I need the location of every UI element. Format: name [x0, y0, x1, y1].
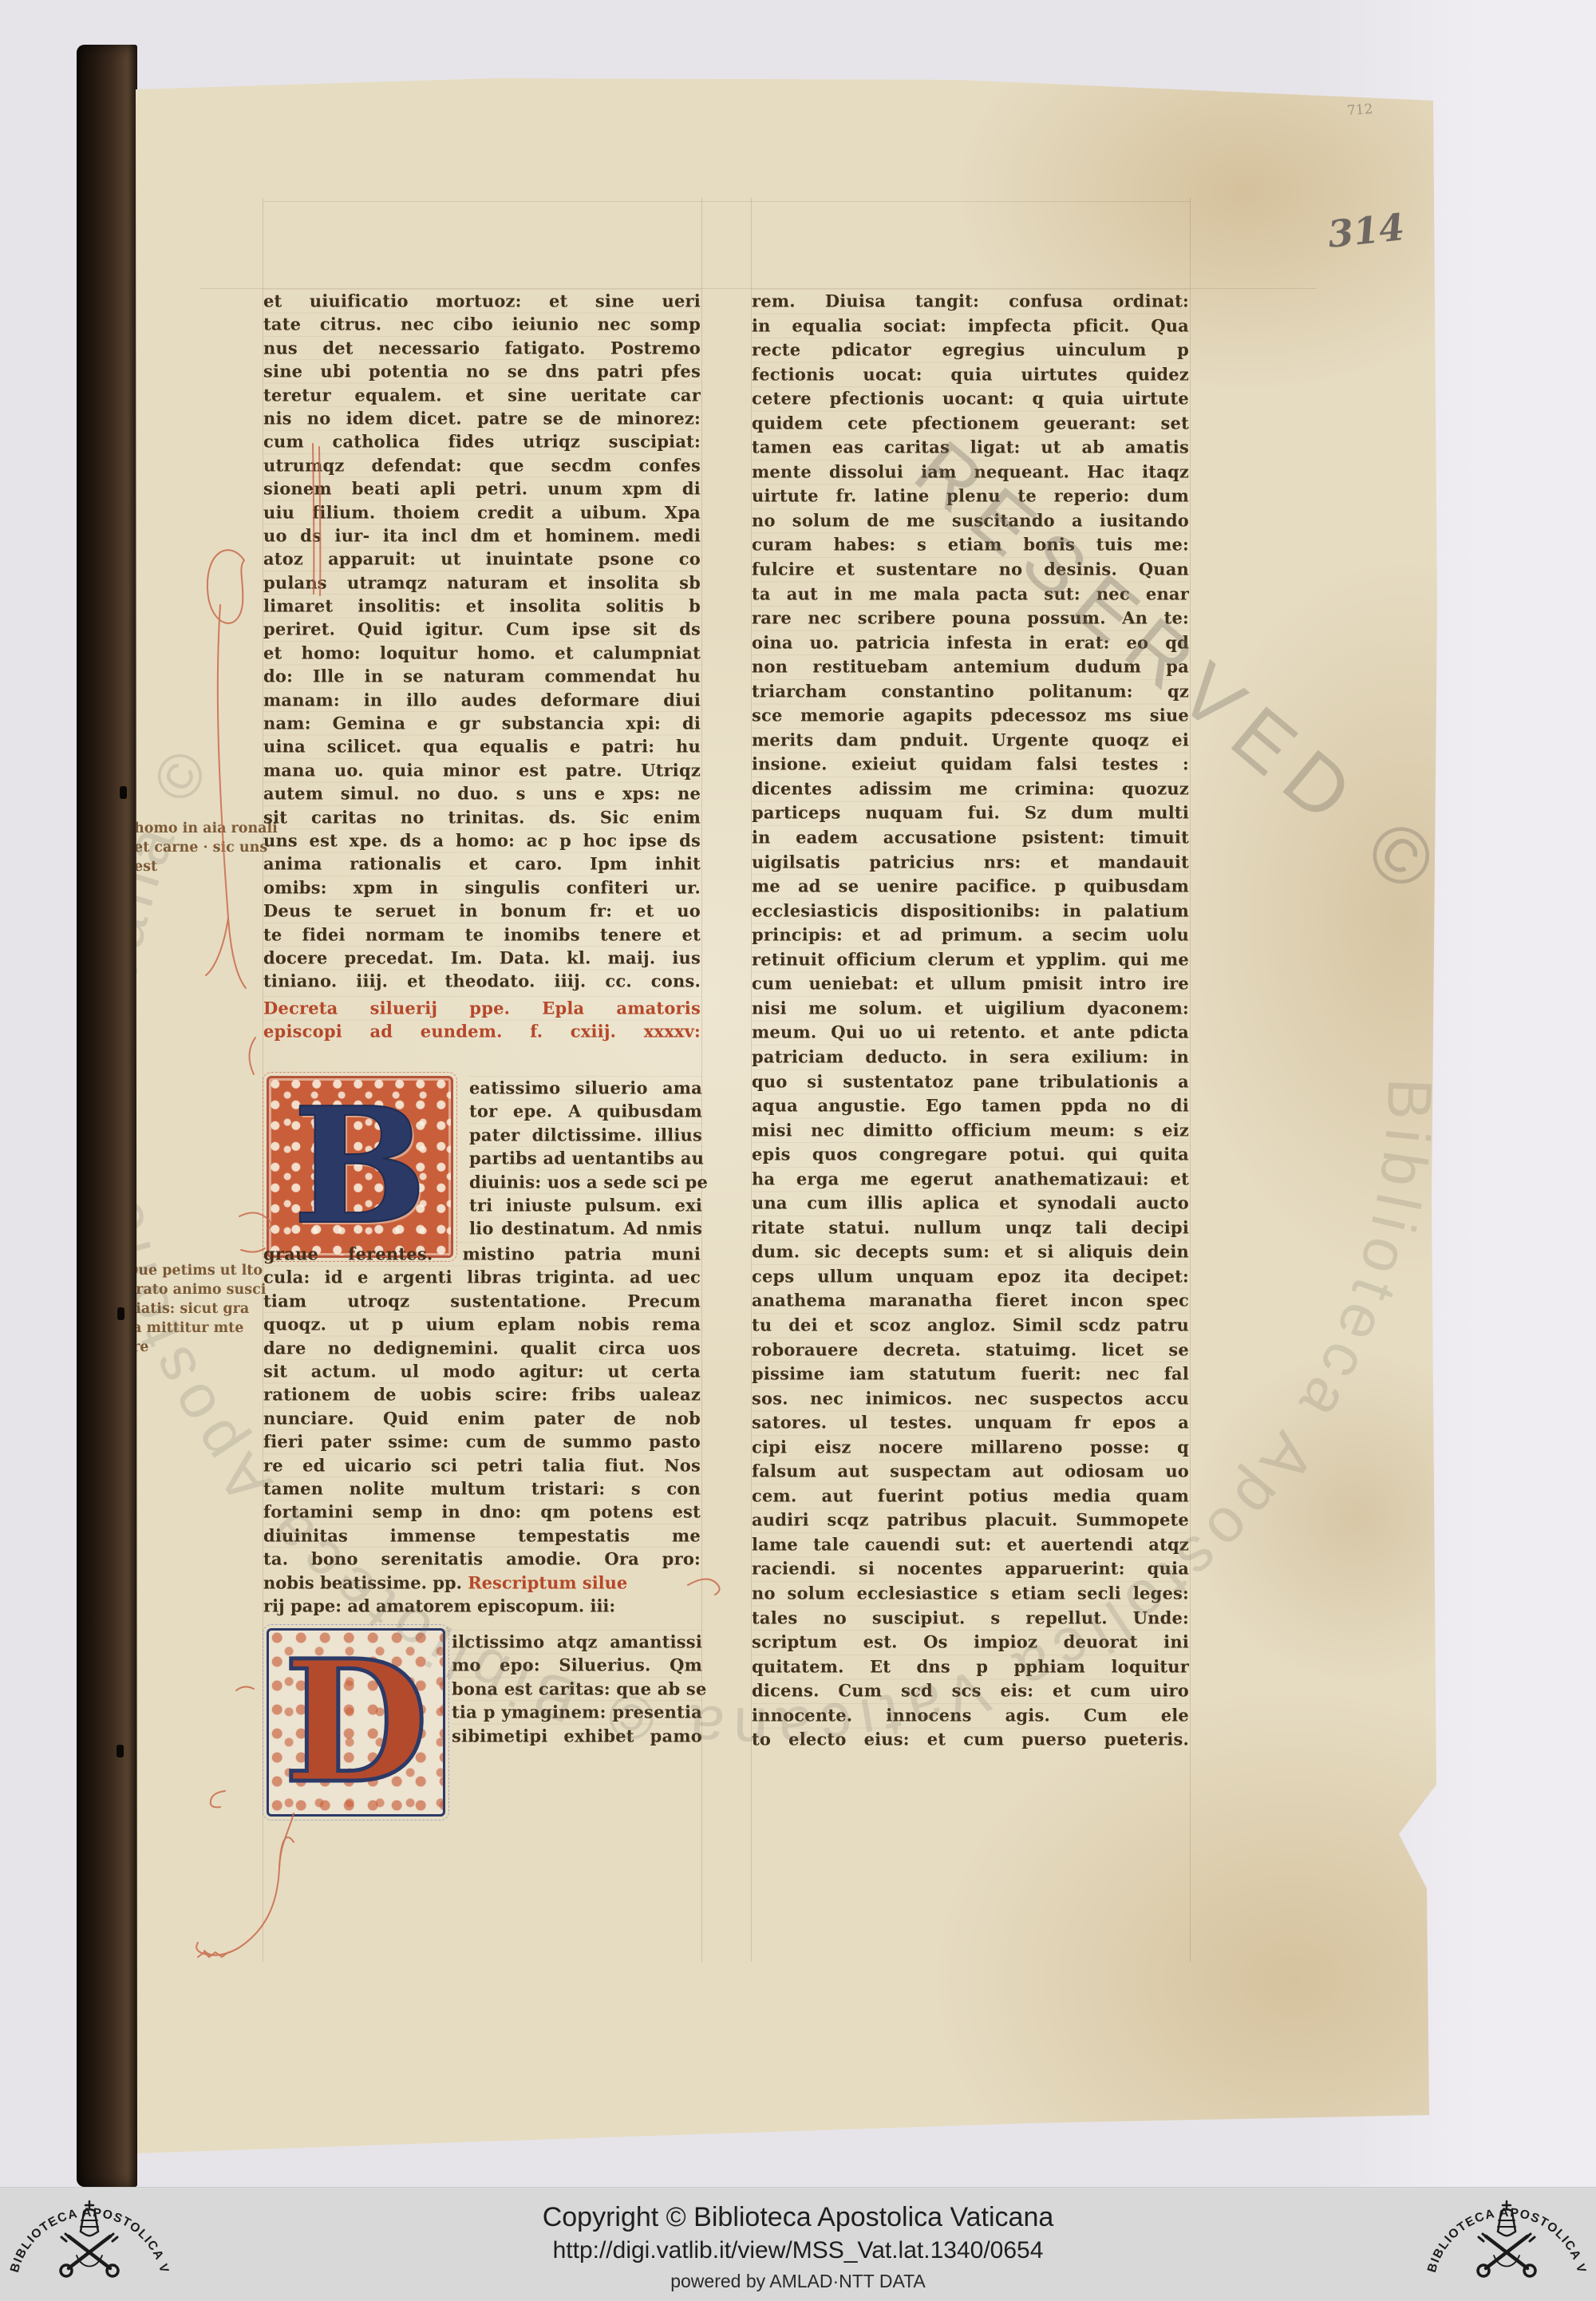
text-line: et carne · sic uns — [134, 838, 278, 857]
text-line: tiam utroqz sustentatione. Precum — [263, 1288, 701, 1313]
text-line: no solum ecclesiastice s etiam secli leg… — [752, 1580, 1189, 1606]
text-line: oina uo. patricia infesta in erat: eo qd — [752, 630, 1189, 655]
binding-stitch — [117, 1307, 124, 1320]
mixed-rubric-line: nobis beatissime. pp. Rescriptum silue — [263, 1570, 701, 1595]
text-line: falsum aut suspectam aut odiosam uo — [752, 1459, 1189, 1485]
binding-stitch — [117, 1745, 124, 1757]
text-line: scriptum est. Os impioz deuorat ini — [752, 1629, 1189, 1655]
text-line: cum catholica fides utriqz suscipiat: — [263, 429, 701, 454]
text-line: cula: id e argenti libras triginta. ad u… — [263, 1265, 701, 1290]
text-line: mo epo: Siluerius. Qm — [452, 1653, 702, 1678]
text-line: ha erga me egerut anathematizaui: et — [752, 1166, 1189, 1192]
text-line: diuinitas immense tempestatis me — [263, 1523, 701, 1548]
text-line: quitatem. Et dns p pphiam loquitur — [752, 1654, 1189, 1679]
text-line: tor epe. A quibusdam — [469, 1099, 702, 1124]
scanned-manuscript-page: 314 712 homo in aia ronaliet carne · sic… — [0, 0, 1596, 2301]
text-line: tate citrus. nec cibo ieiunio nec somp — [263, 312, 701, 337]
text-line: episcopi ad eundem. f. cxiij. xxxxv: — [263, 1019, 701, 1044]
text-line: fectionis uocat: quia uirtutes quidez — [752, 362, 1189, 387]
text-line: sibimetipi exhibet pamo — [452, 1723, 702, 1748]
text-line: in equalia sociat: impfecta pficit. Qua — [752, 313, 1189, 338]
text-line: misi nec dimitto officium meum: s eiz — [752, 1117, 1189, 1143]
decorated-initial-B: B — [267, 1076, 453, 1258]
text-line: nunciare. Quid enim pater de nob — [263, 1406, 701, 1430]
text-line: docere precedat. Im. Data. kl. maij. ius — [263, 945, 701, 970]
rubric-rescriptum: Rescriptum silue — [468, 1572, 627, 1592]
margin-note: homo in aia ronaliet carne · sic unsest — [134, 819, 278, 876]
text-line: cetere pfectionis uocant: q quia uirtute — [752, 386, 1189, 412]
text-line: patriciam deducto. in sera exilium: in — [752, 1044, 1189, 1069]
vatican-library-logo-left: BIBLIOTECA APOSTOLICA VATICANA — [5, 2192, 174, 2297]
text-line: tri iniuste pulsum. exi — [469, 1192, 702, 1217]
initial-letter: B — [292, 1087, 427, 1247]
text-line: merits dam pnduit. Urgente quoqz ei — [752, 727, 1189, 753]
text-column-1-block-1: et uiuificatio mortuoz: et sine ueritate… — [263, 289, 701, 993]
text-line: tamen eas caritas ligat: ut ab amatis — [752, 435, 1189, 461]
text-line: manam: in illo audes deformare diui — [263, 687, 701, 712]
text-line: atoz apparuit: ut inuintate psone co — [263, 547, 701, 571]
logo-arc-text: BIBLIOTECA APOSTOLICA VATICANA — [1422, 2192, 1588, 2275]
text-line: satores. ul testes. unquam fr epos a — [752, 1410, 1189, 1436]
text-line: autem simul. no duo. s uns e xps: ne — [263, 781, 701, 806]
text-column-1-block-2: graue ferentes. mistino patria municula:… — [263, 1242, 701, 1570]
crossed-keys-icon — [61, 2234, 118, 2276]
text-line: limaret insolitis: et insolita solitis b — [263, 593, 701, 618]
text-line: ilctissimo atqz amantissi — [452, 1629, 702, 1654]
text-line: sine ubi potentia no se dns patri pfes — [263, 359, 701, 384]
text-line: nam: Gemina e gr substancia xpi: di — [263, 710, 701, 735]
text-line: uigilsatis patricius nrs: et mandauit — [752, 849, 1189, 875]
text-line: fortamini semp in dno: qm potens est — [263, 1500, 701, 1524]
text-line: mana uo. quia minor est patre. Utriqz — [263, 757, 701, 782]
text-line: et homo: loquitur homo. et calumpniat — [263, 640, 701, 665]
text-line: to electo eius: et cum puerso pueteris. — [752, 1727, 1189, 1753]
text-line: pissime iam statutum fuerit: nec fal — [752, 1361, 1189, 1386]
text-line: nis no idem dicet. patre se de minorez: — [263, 405, 701, 430]
binding-stitch — [120, 786, 127, 799]
svg-text:BIBLIOTECA APOSTOLICA VATICANA: BIBLIOTECA APOSTOLICA VATICANA — [1422, 2192, 1588, 2275]
svg-text:BIBLIOTECA APOSTOLICA VATICANA: BIBLIOTECA APOSTOLICA VATICANA — [5, 2192, 171, 2275]
ruling-line — [263, 201, 1191, 202]
text-line: bona est caritas: que ab se — [452, 1676, 702, 1701]
vatican-library-logo-right: BIBLIOTECA APOSTOLICA VATICANA — [1422, 2192, 1591, 2297]
text-line: non restituebam antemium dudum pa — [752, 654, 1189, 680]
footer-bar: Copyright © Biblioteca Apostolica Vatica… — [0, 2187, 1596, 2301]
text-line: Decreta siluerij ppe. Epla amatoris — [263, 995, 701, 1020]
text-line: sionem beati apli petri. unum xpm di — [263, 476, 701, 501]
text-line: uns est xpe. ds a homo: ac p hoc ipse ds — [263, 828, 701, 852]
text-line: dum. sic decepts sum: et si aliquis dein — [752, 1239, 1189, 1265]
text-line: mente dissolui iam nequeant. Hac itaqz — [752, 459, 1189, 484]
folio-number: 314 — [1325, 205, 1406, 256]
text-line: epis quos congregare potui. qui quita — [752, 1142, 1189, 1168]
text-line: utrumqz defendat: que secdm confes — [263, 453, 701, 477]
text-line: innocente. innocens agis. Cum ele — [752, 1702, 1189, 1728]
text-line: cipi eisz nocere millareno posse: q — [752, 1434, 1189, 1460]
text-line: graue ferentes. mistino patria muni — [263, 1241, 701, 1266]
text-line: te fidei normam te inomibs tenere et — [263, 922, 701, 947]
crossed-keys-icon — [1478, 2234, 1535, 2276]
text-line: pulans utramqz naturam et insolita sb — [263, 570, 701, 595]
text-line: sce memorie agapits pdecessoz ms siue — [752, 703, 1189, 729]
text-line: quidem cete pfectionem geuerant: set — [752, 410, 1189, 436]
text-line: insione. exieiut quidam falsi testes : — [752, 752, 1189, 777]
text-line: triarcham constantino politanum: qz — [752, 678, 1189, 704]
text-line: ecclesiasticis dispositionibs: in palati… — [752, 898, 1189, 923]
text-line: partibs ad uentantibs au — [469, 1146, 702, 1171]
text-line: anathema maranatha fieret incon spec — [752, 1288, 1189, 1314]
text-line: et uiuificatio mortuoz: et sine ueri — [263, 288, 701, 313]
text-line: ta. bono serenitatis amodie. Ora pro: — [263, 1546, 701, 1571]
text-line: meum. Qui uo ui retento. et ante pdicta — [752, 1020, 1189, 1046]
text-line: periret. Quid igitur. Cum ipse sit ds — [263, 617, 701, 642]
text-line: est — [134, 857, 278, 876]
text-line: omibs: xpm in singulis confiteri ur. — [263, 875, 701, 899]
text-line: sit caritas no trinitas. ds. Sic enim — [263, 805, 701, 829]
text-line: re ed uicario sci petri talia fiut. Nos — [263, 1453, 701, 1477]
text-line: diuinis: uos a sede sci pe — [469, 1169, 702, 1194]
initial-letter: D — [283, 1639, 429, 1806]
text-line: teretur equalem. et sine ueritate car — [263, 382, 701, 407]
text-line: tia p ymaginem: presentia — [452, 1700, 702, 1725]
text-column-2: rem. Diuisa tangit: confusa ordinat:in e… — [752, 289, 1189, 1752]
text-line: particeps nuquam fui. Sz dum multi — [752, 801, 1189, 826]
text-line: no solum de me suscitando a iusitando — [752, 508, 1189, 533]
text-line: audiri scqz patribus placuit. Summopete — [752, 1508, 1189, 1533]
text-line: roborauere decreta. statuimg. licet se — [752, 1337, 1189, 1362]
logo-arc-text: BIBLIOTECA APOSTOLICA VATICANA — [5, 2192, 171, 2275]
text-line: dare no dedignemini. qualit circa uos — [263, 1335, 701, 1360]
text-line: tiniano. iiij. et theodato. iiij. cc. co… — [263, 969, 701, 994]
text-line: ceps ullum unquam epoz ita decipet: — [752, 1263, 1189, 1289]
footer-powered-by: powered by AMLAD·NTT DATA — [0, 2271, 1596, 2292]
text-line: ta aut in me mala pacta sut: nec enar — [752, 581, 1189, 607]
text-line: me ad se uenire pacifice. p quibusdam — [752, 874, 1189, 899]
text-line: anima rationalis et caro. Ipm inhit — [263, 852, 701, 876]
text-line: dicens. Cum scd scs eis: et cum uiro — [752, 1678, 1189, 1704]
text-line: uo ds iur- ita incl dm et hominem. medi — [263, 523, 701, 548]
ruling-line — [1190, 198, 1191, 1962]
text-line: una cum illis aplica et synodali aucto — [752, 1191, 1189, 1216]
text-line: nus det necessario fatigato. Postremo — [263, 335, 701, 360]
text-line: aqua angustie. Ego tamen ppda no di — [752, 1093, 1189, 1118]
text-line: fieri pater ssime: cum de summo pasto — [263, 1429, 701, 1454]
text-line: homo in aia ronali — [134, 819, 278, 838]
text-line: quo si sustentatoz pane tribulationis a — [752, 1069, 1189, 1094]
text-line: rationem de uobis scire: fribs ualeaz — [263, 1382, 701, 1407]
book-binding-edge — [77, 45, 137, 2187]
text-line: nisi me solum. et uigilium dyaconem: — [752, 995, 1189, 1021]
text-beside-initial-B: eatissimo siluerio amator epe. A quibusd… — [469, 1076, 702, 1240]
text-line: tu dei et scoz angloz. Simil scdz patru — [752, 1312, 1189, 1338]
text-line: quoqz. ut p uium eplam nobis rema — [263, 1312, 701, 1337]
text-line: do: Ille in se naturam commendat hu — [263, 664, 701, 689]
text-line: lio destinatum. Ad nmis — [469, 1216, 702, 1241]
text-line: curam habes: s etiam bonis tuis me: — [752, 532, 1189, 558]
text-line: retinuit officium clerum et ypplim. qui … — [752, 947, 1189, 972]
text-line: ritate statui. nullum unqz tali decipi — [752, 1215, 1189, 1240]
text-line: in eadem accusatione psistent: timuit — [752, 824, 1189, 850]
text-line: dicentes adissim me crimina: quozuz — [752, 776, 1189, 801]
faint-foliation-mark: 712 — [1346, 101, 1373, 119]
text-line: recte pdicator egregius uinculum p — [752, 337, 1189, 362]
text-line: fulcire et sustentare no desinis. Quan — [752, 556, 1189, 582]
text-line: raciendi. si nocentes apparuerint: quia — [752, 1556, 1189, 1582]
text-line: tamen nolite multum tristari: s con — [263, 1476, 701, 1500]
text-line: rare nec scribere pouna possum. An te: — [752, 605, 1189, 631]
text-line: uina scilicet. qua equalis e patri: hu — [263, 734, 701, 759]
text-line: uirtute fr. latine plenu te reperio: dum — [752, 484, 1189, 509]
text-line: uiu filium. thoiem credit a uibum. Xpa — [263, 500, 701, 524]
decorated-initial-D: D — [267, 1628, 445, 1817]
text-beside-initial-D: ilctissimo atqz amantissimo epo: Silueri… — [452, 1630, 702, 1747]
text-line: pater dilctissime. illius — [469, 1122, 702, 1147]
text-line: tales no suscipiut. s repellut. Unde: — [752, 1605, 1189, 1631]
text-line: sos. nec inimicos. nec suspectos accu — [752, 1386, 1189, 1411]
text-line: Deus te seruet in bonum fr: et uo — [263, 899, 701, 923]
text-line: cum ueniebat: et ullum pmisit intro ire — [752, 971, 1189, 997]
rubric-decreta-silverii: Decreta siluerij ppe. Epla amatorisepisc… — [263, 996, 701, 1043]
rubric-rescriptum-line-2: rij pape: ad amatorem episcopum. iii: — [263, 1593, 701, 1618]
footer-copyright: Copyright © Biblioteca Apostolica Vatica… — [0, 2202, 1596, 2233]
text-line: eatissimo siluerio ama — [469, 1075, 702, 1100]
text-line: cem. aut fuerint potius media quam — [752, 1483, 1189, 1508]
text-line: sit actum. ul modo agitur: ut certa — [263, 1358, 701, 1383]
text-line: rem. Diuisa tangit: confusa ordinat: — [752, 288, 1189, 314]
footer-url: http://digi.vatlib.it/view/MSS_Vat.lat.1… — [0, 2237, 1596, 2264]
black-text: nobis beatissime. pp. — [263, 1572, 468, 1592]
parchment-page: 314 712 homo in aia ronaliet carne · sic… — [0, 0, 1596, 2301]
text-line: lame tale cauendi sut: et auertendi atqz — [752, 1532, 1189, 1557]
text-line: principis: et ad primum. a secim uolu — [752, 923, 1189, 948]
